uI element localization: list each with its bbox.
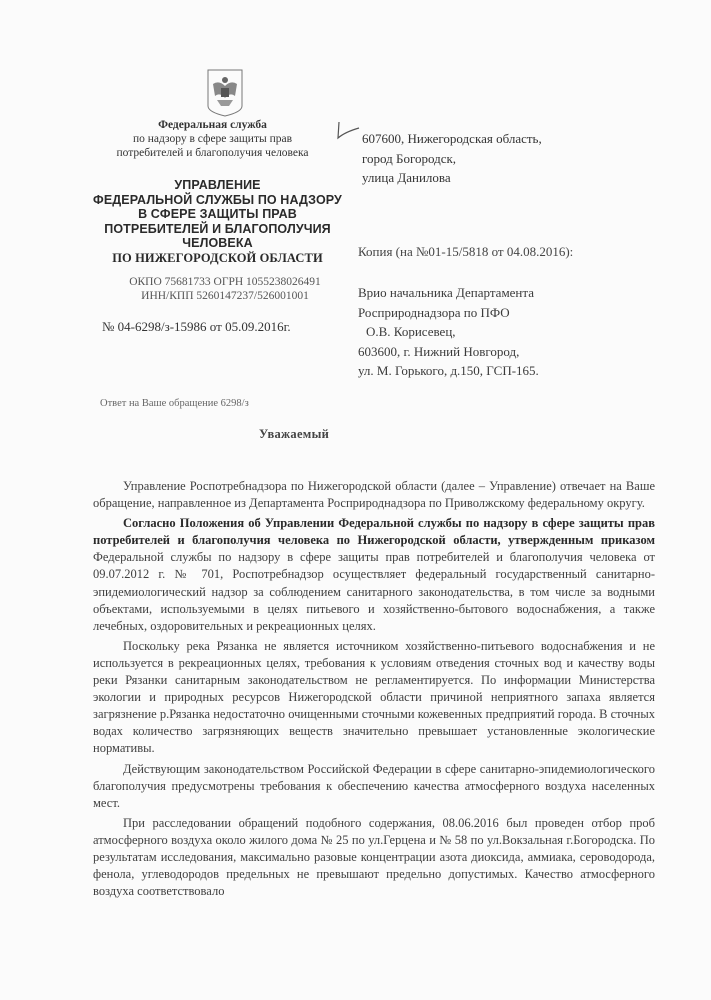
registration-codes: ОКПО 75681733 ОГРН 1055238026491 ИНН/КПП… <box>70 275 380 303</box>
inn-kpp: ИНН/КПП 5260147237/526001001 <box>70 289 380 303</box>
document-number: № 04-6298/з-15986 от 05.09.2016г. <box>102 319 291 335</box>
coat-of-arms-icon <box>205 68 245 118</box>
okpo-ogrn: ОКПО 75681733 ОГРН 1055238026491 <box>70 275 380 289</box>
address-line: 607600, Нижегородская область, <box>362 129 542 149</box>
paragraph: Управление Роспотребнадзора по Нижегород… <box>93 478 655 512</box>
copy-line: ул. М. Горького, д.150, ГСП-165. <box>358 361 539 381</box>
copy-line: 603600, г. Нижний Новгород, <box>358 342 539 362</box>
address-line: город Богородск, <box>362 149 542 169</box>
department-title: УПРАВЛЕНИЕ ФЕДЕРАЛЬНОЙ СЛУЖБЫ ПО НАДЗОРУ… <box>70 178 365 266</box>
agency-line: потребителей и благополучия человека <box>70 146 355 160</box>
department-line: ЧЕЛОВЕКА <box>70 236 365 251</box>
department-line: В СФЕРЕ ЗАЩИТЫ ПРАВ <box>70 207 365 222</box>
agency-name: Федеральная служба по надзору в сфере за… <box>70 118 355 160</box>
agency-line: по надзору в сфере защиты прав <box>70 132 355 146</box>
copy-line: Врио начальника Департамента <box>358 283 539 303</box>
address-line: улица Данилова <box>362 168 542 188</box>
handwritten-check-mark <box>335 118 361 142</box>
copy-line: Росприроднадзора по ПФО <box>358 303 539 323</box>
copy-line: О.В. Корисевец, <box>358 322 539 342</box>
recipient-address: 607600, Нижегородская область, город Бог… <box>362 129 542 188</box>
agency-line: Федеральная служба <box>70 118 355 132</box>
paragraph: Согласно Положения об Управлении Федерал… <box>93 515 655 635</box>
letter-body: Управление Роспотребнадзора по Нижегород… <box>93 478 655 903</box>
paragraph: При расследовании обращений подобного со… <box>93 815 655 900</box>
copy-recipient: Врио начальника Департамента Росприродна… <box>358 283 539 381</box>
paragraph: Действующим законодательством Российской… <box>93 761 655 812</box>
department-region: ПО НИЖЕГОРОДСКОЙ ОБЛАСТИ <box>70 251 365 266</box>
paragraph-text: Федеральной службы по надзору в сфере за… <box>93 550 655 632</box>
department-line: УПРАВЛЕНИЕ <box>70 178 365 193</box>
department-line: ФЕДЕРАЛЬНОЙ СЛУЖБЫ ПО НАДЗОРУ <box>70 193 365 208</box>
department-line: ПОТРЕБИТЕЛЕЙ И БЛАГОПОЛУЧИЯ <box>70 222 365 237</box>
paragraph: Поскольку река Рязанка не является источ… <box>93 638 655 758</box>
copy-label: Копия (на №01-15/5818 от 04.08.2016): <box>358 244 573 260</box>
bold-reference: Согласно Положения об Управлении Федерал… <box>93 516 655 547</box>
greeting: Уважаемый <box>259 427 329 442</box>
reference-line: Ответ на Ваше обращение 6298/з <box>100 398 249 409</box>
